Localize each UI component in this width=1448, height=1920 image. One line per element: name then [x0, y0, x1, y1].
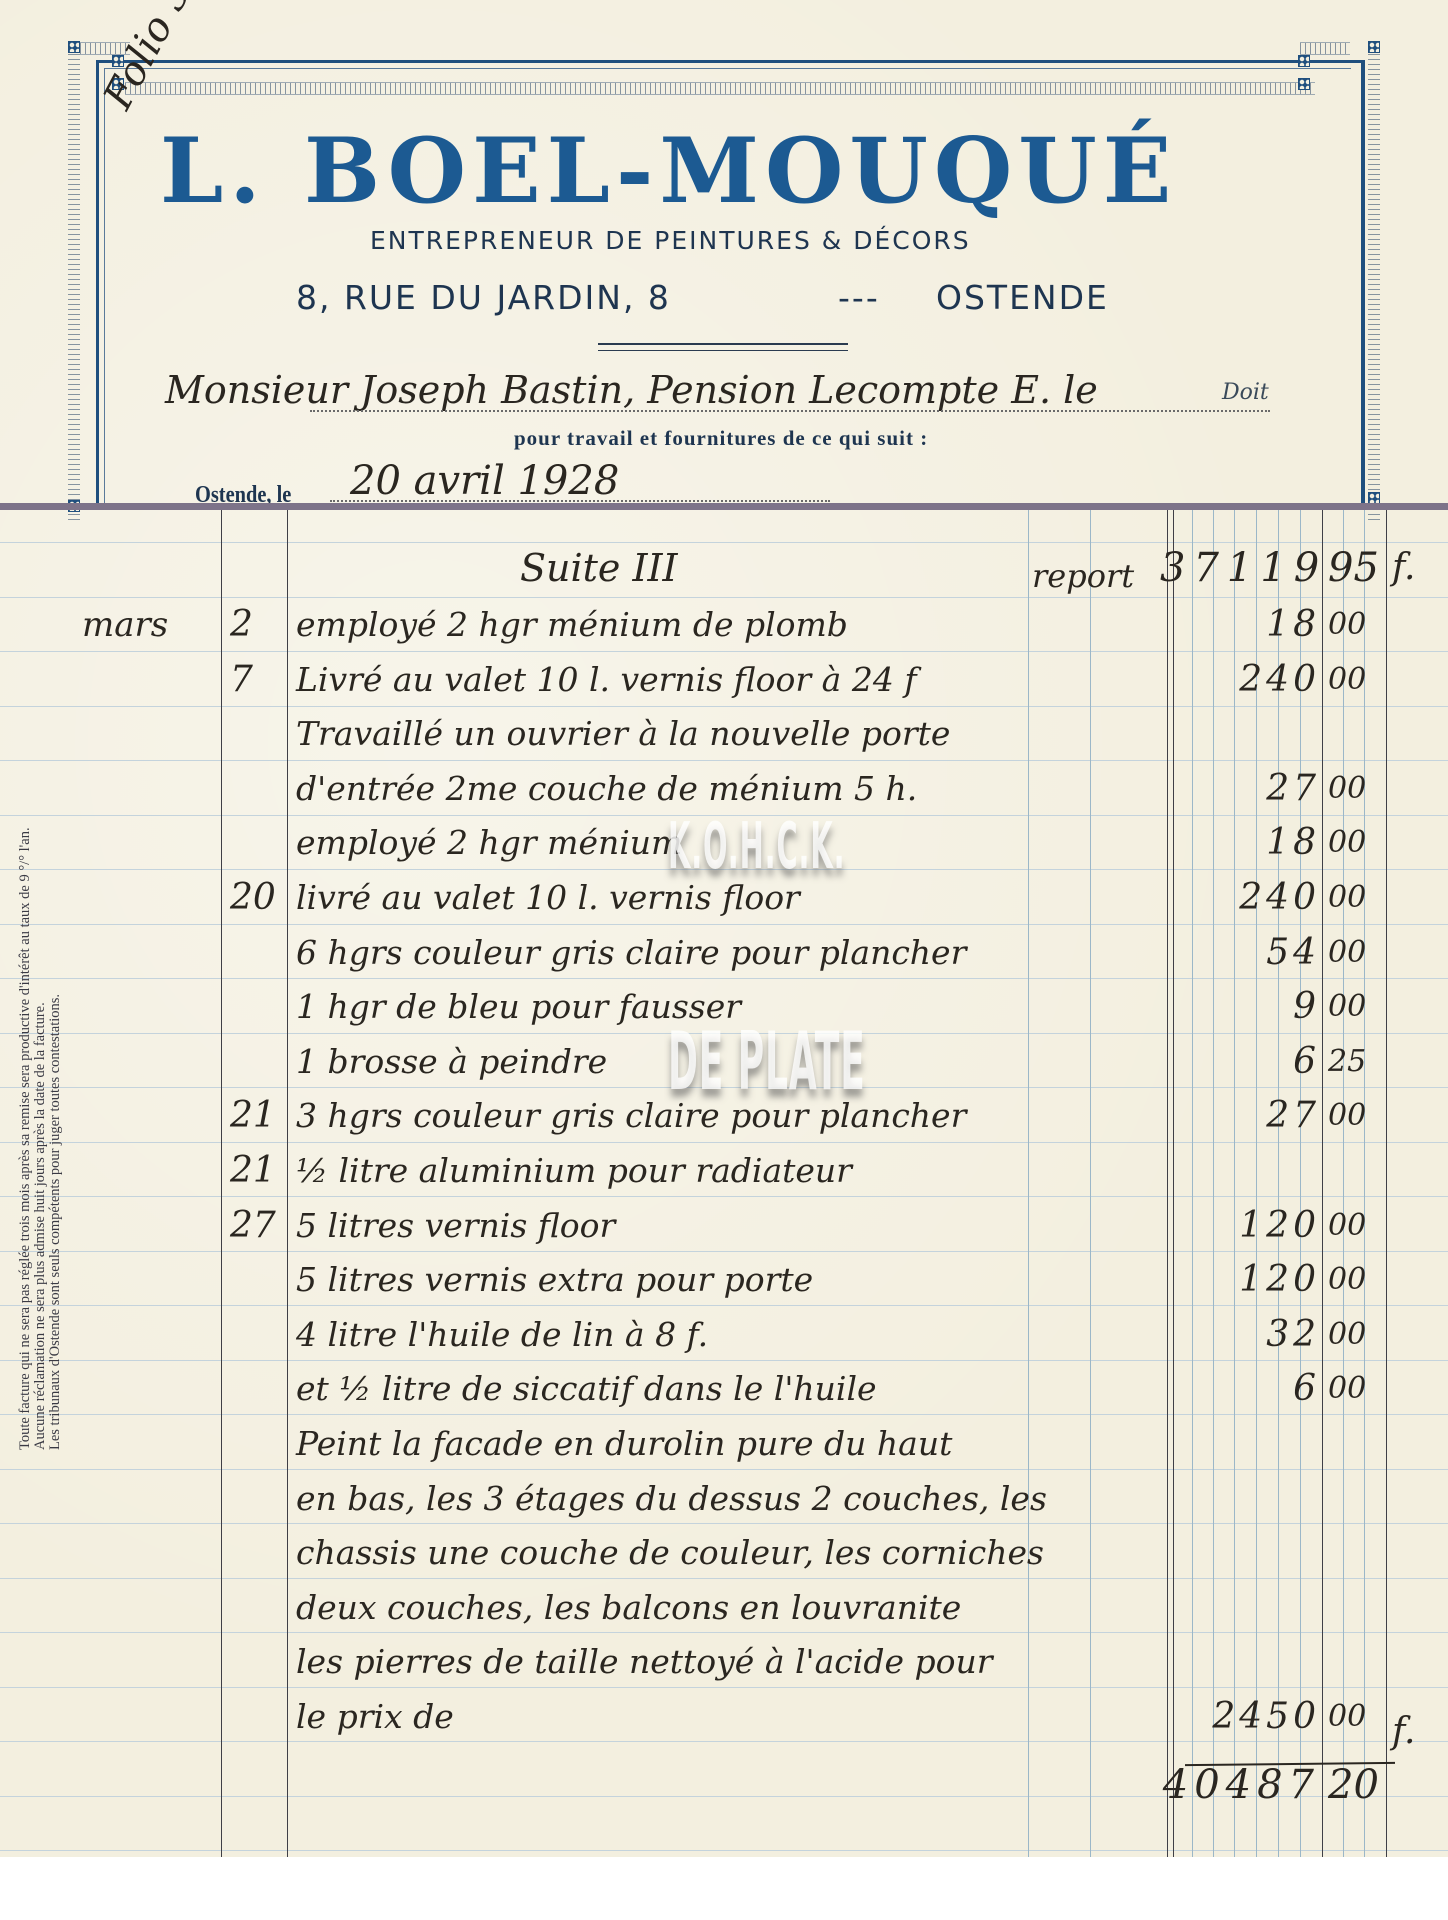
ledger-rule — [0, 1251, 1448, 1252]
row-amount: 240 — [1160, 878, 1320, 918]
company-city: OSTENDE — [936, 278, 1109, 317]
row-amount: 27 — [1160, 1096, 1320, 1136]
row-description: 3 hgrs couleur gris claire pour plancher — [296, 1096, 966, 1136]
row-description: livré au valet 10 l. vernis floor — [296, 878, 800, 918]
ledger-digit-line — [1213, 510, 1214, 1857]
ledger-month-column-line — [221, 510, 222, 1857]
ledger-rule — [0, 1305, 1448, 1306]
row-description: deux couches, les balcons en louvranite — [296, 1588, 961, 1628]
ledger-rule — [0, 1414, 1448, 1415]
ledger-day-column-line — [287, 510, 288, 1857]
address-separator: --- — [838, 278, 880, 317]
greek-key-border-top-right — [1300, 42, 1350, 55]
company-trade: ENTREPRENEUR DE PEINTURES & DÉCORS — [370, 226, 971, 255]
date-dotted-line — [330, 500, 830, 502]
row-description: Livré au valet 10 l. vernis floor à 24 f — [296, 660, 917, 700]
ledger-rule — [0, 597, 1448, 598]
row-amount-cents: 00 — [1328, 1096, 1388, 1136]
row-amount: 120 — [1160, 1206, 1320, 1246]
row-day: 21 — [230, 1151, 276, 1191]
corner-ornament-icon — [68, 41, 80, 53]
payment-terms-line: Aucune réclamation ne sera plus admise h… — [33, 827, 48, 1450]
row-description: les pierres de taille nettoyé à l'acide … — [296, 1642, 992, 1682]
row-day: 2 — [230, 605, 253, 645]
corner-ornament-icon — [1298, 78, 1310, 90]
invoice-paper: Folio 38 L. BOEL-MOUQUÉ ENTREPRENEUR DE … — [0, 0, 1448, 1857]
row-amount-cents: 00 — [1328, 933, 1388, 973]
ledger-rule — [0, 1196, 1448, 1197]
ledger-rule — [0, 1523, 1448, 1524]
row-amount: 2450 — [1160, 1697, 1320, 1737]
ledger-digit-line — [1300, 510, 1301, 1857]
row-description: employé 2 hgr ménium de plomb — [296, 605, 848, 645]
row-description: 4 litre l'huile de lin à 8 f. — [296, 1315, 708, 1355]
row-amount: 6 — [1160, 1369, 1320, 1409]
ledger-cents-column-line — [1322, 510, 1323, 1857]
row-description: Travaillé un ouvrier à la nouvelle porte — [296, 714, 950, 754]
ledger-rule — [0, 1578, 1448, 1579]
row-description: Peint la facade en durolin pure du haut — [296, 1424, 952, 1464]
ledger-rule — [0, 924, 1448, 925]
row-description: 5 litres vernis extra pour porte — [296, 1260, 813, 1300]
ledger-rule — [0, 978, 1448, 979]
currency-mark: f. — [1392, 548, 1415, 588]
ledger-rule — [0, 706, 1448, 707]
ledger-digit-line — [1364, 510, 1365, 1857]
ledger-rule — [0, 542, 1448, 543]
ledger-rule — [0, 1142, 1448, 1143]
row-day: 20 — [230, 878, 276, 918]
row-amount-cents: 00 — [1328, 823, 1388, 863]
greek-key-border-top — [125, 82, 1315, 95]
row-description: le prix de — [296, 1697, 454, 1737]
row-amount-cents: 00 — [1328, 605, 1388, 645]
row-amount-cents: 25 — [1328, 1042, 1388, 1082]
grand-total-cents: 20 — [1328, 1765, 1388, 1805]
ledger-heading: Suite III — [520, 548, 678, 588]
row-amount: 18 — [1160, 605, 1320, 645]
row-description: ½ litre aluminium pour radiateur — [296, 1151, 852, 1191]
row-description: 1 brosse à peindre — [296, 1042, 607, 1082]
row-description: chassis une couche de couleur, les corni… — [296, 1533, 1044, 1573]
report-amount-cents: 95 — [1328, 548, 1388, 588]
customer-dotted-line — [310, 410, 1270, 412]
total-currency-mark: f. — [1392, 1712, 1415, 1752]
row-month: mars — [82, 605, 168, 645]
ledger-digit-line — [1256, 510, 1257, 1857]
row-description: d'entrée 2me couche de ménium 5 h. — [296, 769, 917, 809]
ledger-rule — [0, 1741, 1448, 1742]
row-amount-cents: 00 — [1328, 660, 1388, 700]
ledger-top-band — [0, 503, 1448, 510]
row-amount: 27 — [1160, 769, 1320, 809]
row-description: en bas, les 3 étages du dessus 2 couches… — [296, 1479, 1047, 1519]
payment-terms-line: Toute facture qui ne sera pas réglée tro… — [18, 827, 33, 1450]
row-amount-cents: 00 — [1328, 1260, 1388, 1300]
row-day: 7 — [230, 660, 253, 700]
services-subline: pour travail et fournitures de ce qui su… — [514, 426, 928, 451]
row-day: 27 — [230, 1206, 276, 1246]
invoice-date: 20 avril 1928 — [350, 458, 619, 504]
row-amount: 32 — [1160, 1315, 1320, 1355]
row-amount: 54 — [1160, 933, 1320, 973]
row-amount: 240 — [1160, 660, 1320, 700]
ledger-right-line — [1386, 510, 1387, 1857]
customer-name: Monsieur Joseph Bastin, Pension Lecompte… — [165, 368, 1098, 412]
report-amount: 37119 — [1160, 548, 1320, 588]
ledger-amount-column-line — [1167, 510, 1168, 1857]
row-amount: 9 — [1160, 987, 1320, 1027]
row-amount-cents: 00 — [1328, 1206, 1388, 1246]
watermark-line-1: K.O.H.C.K. — [668, 810, 845, 884]
ledger-rule — [0, 760, 1448, 761]
ledger-rule — [0, 1632, 1448, 1633]
row-description: 5 litres vernis floor — [296, 1206, 615, 1246]
doit-label: Doit — [1222, 380, 1269, 405]
corner-ornament-icon — [1368, 41, 1380, 53]
row-day: 21 — [230, 1096, 276, 1136]
row-amount: 6 — [1160, 1042, 1320, 1082]
row-amount-cents: 00 — [1328, 878, 1388, 918]
row-description: et ½ litre de siccatif dans le l'huile — [296, 1369, 877, 1409]
row-description: employé 2 hgr ménium — [296, 823, 682, 863]
greek-key-border-left — [68, 54, 80, 524]
header-divider — [598, 343, 848, 351]
ledger-guide-line — [1090, 510, 1091, 1857]
ledger-rule — [0, 1687, 1448, 1688]
ledger-digit-line — [1234, 510, 1235, 1857]
company-name: L. BOEL-MOUQUÉ — [160, 118, 1300, 224]
ledger-rule — [0, 1850, 1448, 1851]
row-amount-cents: 00 — [1328, 1697, 1388, 1737]
ledger-digit-line — [1343, 510, 1344, 1857]
ledger-rule — [0, 651, 1448, 652]
ledger-digit-line — [1192, 510, 1193, 1857]
row-amount-cents: 00 — [1328, 1315, 1388, 1355]
ledger-rule — [0, 1360, 1448, 1361]
payment-terms-line: Les tribunaux d'Ostende sont seuls compé… — [48, 827, 63, 1450]
row-description: 6 hgrs couleur gris claire pour plancher — [296, 933, 966, 973]
ledger-rule — [0, 1469, 1448, 1470]
row-amount-cents: 00 — [1328, 987, 1388, 1027]
payment-terms: Toute facture qui ne sera pas réglée tro… — [18, 827, 63, 1450]
greek-key-border-right — [1368, 54, 1380, 524]
ledger-digit-line — [1278, 510, 1279, 1857]
company-address: 8, RUE DU JARDIN, 8 — [296, 278, 671, 317]
ledger-amount-column-line — [1173, 510, 1174, 1857]
row-amount-cents: 00 — [1328, 769, 1388, 809]
watermark-line-2: DE PLATE — [668, 1015, 866, 1108]
report-label: report — [1032, 556, 1134, 596]
row-amount: 120 — [1160, 1260, 1320, 1300]
row-amount-cents: 00 — [1328, 1369, 1388, 1409]
corner-ornament-icon — [1298, 55, 1310, 67]
ledger-guide-line — [1028, 510, 1029, 1857]
row-amount: 18 — [1160, 823, 1320, 863]
grand-total: 40487 — [1160, 1765, 1320, 1805]
